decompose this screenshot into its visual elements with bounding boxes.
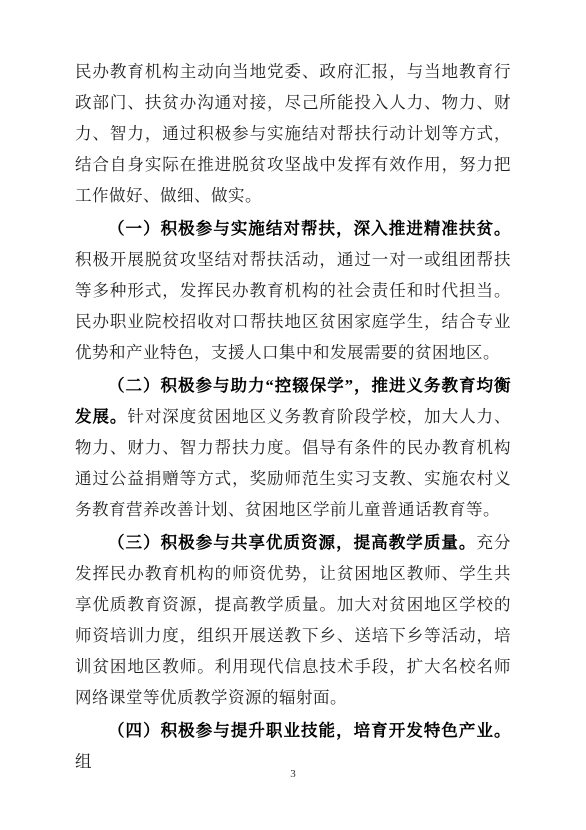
- paragraph: （一）积极参与实施结对帮扶，深入推进精准扶贫。积极开展脱贫攻坚结对帮扶活动，通过…: [75, 213, 511, 368]
- paragraph: （三）积极参与共享优质资源，提高教学质量。充分发挥民办教育机构的师资优势，让贫困…: [75, 527, 511, 713]
- paragraph: （二）积极参与助力“控辍保学”，推进义务教育均衡发展。针对深度贫困地区义务教育阶…: [75, 370, 511, 525]
- paragraph-text: 充分发挥民办教育机构的师资优势，让贫困地区教师、学生共享优质教育资源，提高教学质…: [75, 533, 511, 707]
- body-text-block: 民办教育机构主动向当地党委、政府汇报，与当地教育行政部门、扶贫办沟通对接，尽己所…: [75, 56, 511, 779]
- paragraph-lead: （三）积极参与共享优质资源，提高教学质量。: [108, 533, 476, 552]
- paragraph-text: 积极开展脱贫攻坚结对帮扶活动，通过一对一或组团帮扶等多种形式，发挥民办教育机构的…: [75, 250, 511, 362]
- document-page: 民办教育机构主动向当地党委、政府汇报，与当地教育行政部门、扶贫办沟通对接，尽己所…: [0, 0, 586, 830]
- page-number: 3: [0, 767, 586, 781]
- paragraph-lead: （四）积极参与提升职业技能，培育开发特色产业。: [108, 721, 511, 740]
- paragraph-text: 针对深度贫困地区义务教育阶段学校，加大人力、物力、财力、智力帮扶力度。倡导有条件…: [75, 407, 511, 519]
- paragraph: 民办教育机构主动向当地党委、政府汇报，与当地教育行政部门、扶贫办沟通对接，尽己所…: [75, 56, 511, 211]
- paragraph-lead: （一）积极参与实施结对帮扶，深入推进精准扶贫。: [108, 219, 511, 238]
- paragraph-text: 民办教育机构主动向当地党委、政府汇报，与当地教育行政部门、扶贫办沟通对接，尽己所…: [75, 62, 511, 205]
